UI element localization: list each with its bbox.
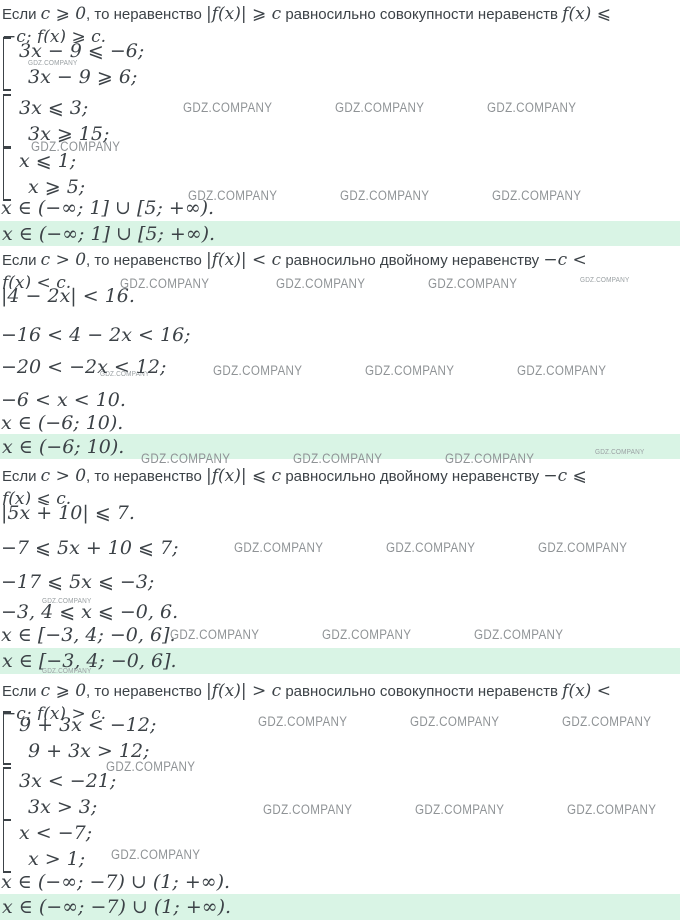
inline-math: |f(x)| > c (206, 681, 281, 701)
inline-math: c ⩾ 0 (41, 681, 86, 701)
result-line: x ∈ (−6; 10). (1, 411, 123, 435)
inline-text: Если (2, 252, 41, 269)
inline-text: , то неравенство (86, 683, 206, 700)
inline-text: Если (2, 683, 41, 700)
system-row: x > 1; (28, 847, 92, 871)
math-step-line: −16 < 4 − 2x < 16; (1, 323, 191, 347)
step-text: |5x + 10| ⩽ 7. (1, 502, 135, 524)
watermark: GDZ.COMPANY (234, 540, 323, 555)
watermark: GDZ.COMPANY (213, 363, 302, 378)
result-line: x ∈ (−∞; −7) ∪ (1; +∞). (1, 870, 230, 894)
step-text: −3, 4 ⩽ x ⩽ −0, 6. (1, 601, 178, 623)
inline-math: |f(x)| < c (206, 250, 281, 270)
inline-text: равносильно двойному неравенству (281, 468, 543, 485)
step-text: −6 < x < 10. (1, 389, 126, 411)
step-text: −7 ⩽ 5x + 10 ⩽ 7; (1, 537, 178, 559)
system-row: 9 + 3x < −12; (19, 713, 156, 737)
result-line: x ∈ (−∞; 1] ∪ [5; +∞). (1, 196, 214, 220)
watermark: GDZ.COMPANY (322, 627, 411, 642)
system-row: 3x − 9 ⩽ −6; (19, 39, 144, 63)
inequality-system-3: x ⩽ 1; x ⩾ 5; (3, 147, 85, 201)
watermark: GDZ.COMPANY (487, 100, 576, 115)
watermark: GDZ.COMPANY (567, 802, 656, 817)
math-step-line: |5x + 10| ⩽ 7. (1, 501, 135, 525)
answer-text: x ∈ (−6; 10). (0, 435, 124, 459)
watermark: GDZ.COMPANY (263, 802, 352, 817)
math-step-line: −17 ⩽ 5x ⩽ −3; (1, 570, 154, 594)
paragraph-line: Если c > 0, то неравенство |f(x)| < c ра… (2, 249, 680, 272)
watermark: GDZ.COMPANY (111, 847, 200, 862)
math-step-line: |4 − 2x| < 16. (1, 284, 135, 308)
system-bracket-icon (3, 94, 11, 148)
result-text: x ∈ (−∞; −7) ∪ (1; +∞). (1, 871, 230, 893)
inline-math: |f(x)| ⩽ c (206, 466, 281, 486)
math-step-line: −20 < −2x < 12; (1, 355, 166, 379)
system-bracket-icon (3, 147, 11, 201)
watermark: GDZ.COMPANY (365, 363, 454, 378)
system-row: x < −7; (19, 821, 92, 845)
step-text: |4 − 2x| < 16. (1, 285, 135, 307)
result-line: x ∈ [−3, 4; −0, 6]. (1, 623, 176, 647)
inline-math: f(x) ⩽ (562, 4, 611, 24)
inline-text: Если (2, 468, 41, 485)
page: GDZ.COMPANY GDZ.COMPANY GDZ.COMPANY GDZ.… (0, 0, 680, 920)
system-row: 9 + 3x > 12; (28, 739, 156, 763)
system-row: 3x ⩽ 3; (19, 96, 109, 120)
system-row: 3x > 3; (28, 795, 116, 819)
inline-text: равносильно совокупности неравенств (281, 6, 562, 23)
answer-text: x ∈ (−∞; 1] ∪ [5; +∞). (0, 222, 215, 246)
math-step-line: −3, 4 ⩽ x ⩽ −0, 6. (1, 600, 178, 624)
inline-math: −c < (543, 250, 586, 270)
paragraph-line: Если c ⩾ 0, то неравенство |f(x)| ⩾ c ра… (2, 3, 680, 26)
system-row: 3x ⩾ 15; (28, 122, 109, 146)
inline-text: равносильно совокупности неравенств (281, 683, 562, 700)
watermark: GDZ.COMPANY (335, 100, 424, 115)
watermark: GDZ.COMPANY (517, 363, 606, 378)
watermark: GDZ.COMPANY (538, 540, 627, 555)
inline-text: Если (2, 6, 41, 23)
watermark: GDZ.COMPANY (445, 451, 534, 466)
step-text: −16 < 4 − 2x < 16; (1, 324, 191, 346)
watermark: GDZ.COMPANY (386, 540, 475, 555)
watermark: GDZ.COMPANY (170, 627, 259, 642)
math-step-line: −7 ⩽ 5x + 10 ⩽ 7; (1, 536, 178, 560)
result-text: x ∈ (−6; 10). (1, 412, 123, 434)
answer-highlight: x ∈ (−∞; −7) ∪ (1; +∞). (0, 894, 680, 920)
watermark: GDZ.COMPANY (492, 188, 581, 203)
inline-math: c > 0 (41, 466, 86, 486)
inline-math: −c ⩽ (543, 466, 586, 486)
inequality-system-2: 3x ⩽ 3; 3x ⩾ 15; (3, 94, 109, 148)
math-step-line: −6 < x < 10. (1, 388, 126, 412)
inline-math: c ⩾ 0 (41, 4, 86, 24)
result-text: x ∈ (−∞; 1] ∪ [5; +∞). (1, 197, 214, 219)
system-bracket-icon (3, 711, 11, 765)
system-bracket-icon (3, 819, 11, 873)
paragraph-line: Если c > 0, то неравенство |f(x)| ⩽ c ра… (2, 465, 680, 488)
system-bracket-icon (3, 767, 11, 821)
watermark: GDZ.COMPANY (183, 100, 272, 115)
watermark: GDZ.COMPANY (595, 447, 644, 456)
watermark: GDZ.COMPANY (141, 451, 230, 466)
system-bracket-icon (3, 37, 11, 91)
inline-text: равносильно двойному неравенству (281, 252, 543, 269)
answer-highlight: x ∈ (−∞; 1] ∪ [5; +∞). (0, 221, 680, 246)
step-text: −17 ⩽ 5x ⩽ −3; (1, 571, 154, 593)
inline-math: c > 0 (41, 250, 86, 270)
inline-text: , то неравенство (86, 252, 206, 269)
watermark: GDZ.COMPANY (474, 627, 563, 642)
inequality-system-5: 3x < −21; 3x > 3; (3, 767, 116, 821)
result-text: x ∈ [−3, 4; −0, 6]. (1, 624, 176, 646)
watermark: GDZ.COMPANY (293, 451, 382, 466)
watermark: GDZ.COMPANY (415, 802, 504, 817)
inline-text: , то неравенство (86, 468, 206, 485)
inline-math: f(x) < (562, 681, 611, 701)
rule-paragraph-2: Если c > 0, то неравенство |f(x)| < c ра… (2, 249, 680, 289)
answer-highlight: x ∈ [−3, 4; −0, 6]. (0, 648, 680, 674)
answer-text: x ∈ (−∞; −7) ∪ (1; +∞). (0, 895, 231, 919)
watermark: GDZ.COMPANY (340, 188, 429, 203)
inequality-system-6: x < −7; x > 1; (3, 819, 92, 873)
system-row: 3x < −21; (19, 769, 116, 793)
watermark: GDZ.COMPANY (42, 666, 91, 675)
step-text: −20 < −2x < 12; (1, 356, 166, 378)
system-row: x ⩽ 1; (19, 149, 85, 173)
paragraph-line: Если c ⩾ 0, то неравенство |f(x)| > c ра… (2, 680, 680, 703)
inline-text: , то неравенство (86, 6, 206, 23)
rule-paragraph-3: Если c > 0, то неравенство |f(x)| ⩽ c ра… (2, 465, 680, 505)
inline-math: |f(x)| ⩾ c (206, 4, 281, 24)
system-row: 3x − 9 ⩾ 6; (28, 65, 144, 89)
inequality-system-1: 3x − 9 ⩽ −6; 3x − 9 ⩾ 6; (3, 37, 144, 91)
inequality-system-4: 9 + 3x < −12; 9 + 3x > 12; (3, 711, 156, 765)
